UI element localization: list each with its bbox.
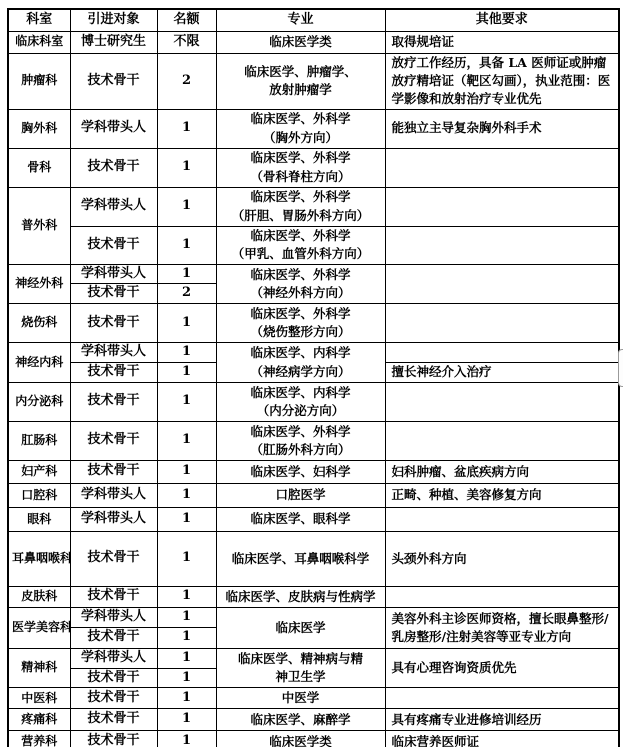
cell-target: 技术骨干	[70, 284, 157, 304]
cell-target: 技术骨干	[70, 709, 157, 731]
cell-major: 临床医学、耳鼻咽喉科学	[216, 531, 385, 586]
cell-req: 妇科肿瘤、盆底疾病方向	[385, 460, 619, 483]
cell-target: 学科带头人	[70, 343, 157, 363]
cell-quota: 1	[157, 304, 216, 343]
cell-major: 临床医学、外科学 （骨科脊柱方向）	[216, 148, 385, 187]
cell-quota: 1	[157, 343, 216, 363]
table-row: 中医科 技术骨干 1 中医学	[8, 688, 619, 709]
cell-dept: 妇产科	[8, 460, 70, 483]
cell-dept: 神经内科	[8, 343, 70, 383]
recruitment-table: 科室 引进对象 名额 专业 其他要求 临床科室 博士研究生 不限 临床医学类 取…	[7, 8, 620, 747]
table-row: 内分泌科 技术骨干 1 临床医学、内科学 （内分泌方向）	[8, 382, 619, 421]
table-row: 临床科室 博士研究生 不限 临床医学类 取得规培证	[8, 31, 619, 53]
cell-dept: 营养科	[8, 731, 70, 747]
cell-quota: 1	[157, 531, 216, 586]
cell-req	[385, 688, 619, 709]
cell-major: 临床医学、外科学 （肝胆、胃肠外科方向）	[216, 187, 385, 226]
cell-major: 临床医学、皮肤病与性病学	[216, 586, 385, 607]
table-row: 精神科 学科带头人 1 临床医学、精神病与精 神卫生学 具有心理咨询资质优先	[8, 648, 619, 668]
cell-target: 学科带头人	[70, 648, 157, 668]
column-header-target: 引进对象	[70, 9, 157, 31]
table-row: 医学美容科 学科带头人 1 临床医学 美容外科主诊医师资格，擅长眼鼻整形/乳房整…	[8, 607, 619, 627]
cell-target: 技术骨干	[70, 363, 157, 383]
cell-req: 具有心理咨询资质优先	[385, 648, 619, 688]
cell-quota: 1	[157, 709, 216, 731]
cell-req	[385, 148, 619, 187]
cell-dept: 普外科	[8, 187, 70, 264]
table-row: 技术骨干 1 临床医学、外科学 （甲乳、血管外科方向）	[8, 226, 619, 264]
cell-req	[385, 507, 619, 531]
cell-dept: 骨科	[8, 148, 70, 187]
cell-major: 临床医学、外科学 （胸外方向）	[216, 109, 385, 148]
cell-req	[385, 343, 619, 363]
cell-req: 放疗工作经历，具备 LA 医师证或肿瘤放疗精培证（靶区勾画），执业范围：医学影像…	[385, 53, 619, 109]
document-page: 科室 引进对象 名额 专业 其他要求 临床科室 博士研究生 不限 临床医学类 取…	[0, 0, 623, 747]
cell-req	[385, 421, 619, 460]
cell-req	[385, 586, 619, 607]
cell-req	[385, 264, 619, 304]
cell-req: 擅长神经介入治疗	[385, 363, 619, 383]
cell-dept: 烧伤科	[8, 304, 70, 343]
cell-dept: 耳鼻咽喉科	[8, 531, 70, 586]
cell-target: 技术骨干	[70, 421, 157, 460]
cell-major: 临床医学、外科学 （神经外科方向）	[216, 264, 385, 304]
cell-major: 临床医学、内科学 （神经病学方向）	[216, 343, 385, 383]
cell-quota: 1	[157, 460, 216, 483]
cell-dept: 口腔科	[8, 483, 70, 507]
table-row: 烧伤科 技术骨干 1 临床医学、外科学 （烧伤整形方向）	[8, 304, 619, 343]
cell-major: 临床医学、外科学 （肛肠外科方向）	[216, 421, 385, 460]
cell-quota: 1	[157, 109, 216, 148]
cell-quota: 1	[157, 648, 216, 668]
cell-target: 技术骨干	[70, 53, 157, 109]
cell-quota: 1	[157, 264, 216, 284]
column-header-quota: 名额	[157, 9, 216, 31]
cell-dept: 肿瘤科	[8, 53, 70, 109]
cell-quota: 1	[157, 688, 216, 709]
cell-target: 学科带头人	[70, 187, 157, 226]
cell-target: 学科带头人	[70, 109, 157, 148]
cell-target: 学科带头人	[70, 264, 157, 284]
cell-dept: 神经外科	[8, 264, 70, 304]
cell-dept: 临床科室	[8, 31, 70, 53]
cell-quota: 2	[157, 284, 216, 304]
cell-major: 临床医学类	[216, 31, 385, 53]
cell-quota: 1	[157, 187, 216, 226]
cell-quota: 1	[157, 483, 216, 507]
cell-target: 技术骨干	[70, 586, 157, 607]
table-row: 肿瘤科 技术骨干 2 临床医学、肿瘤学、 放射肿瘤学 放疗工作经历，具备 LA …	[8, 53, 619, 109]
cell-major: 临床医学、精神病与精 神卫生学	[216, 648, 385, 688]
cell-quota: 1	[157, 668, 216, 688]
cell-major: 临床医学、肿瘤学、 放射肿瘤学	[216, 53, 385, 109]
cell-major: 临床医学、眼科学	[216, 507, 385, 531]
cell-req: 能独立主导复杂胸外科手术	[385, 109, 619, 148]
column-header-req: 其他要求	[385, 9, 619, 31]
cell-req: 头颈外科方向	[385, 531, 619, 586]
cell-quota: 1	[157, 363, 216, 383]
cell-req: 临床营养医师证	[385, 731, 619, 747]
cell-target: 技术骨干	[70, 382, 157, 421]
scrollbar-thumb[interactable]	[618, 349, 623, 387]
cell-req: 具有疼痛专业进修培训经历	[385, 709, 619, 731]
cell-dept: 精神科	[8, 648, 70, 688]
cell-target: 技术骨干	[70, 627, 157, 648]
cell-dept: 医学美容科	[8, 607, 70, 648]
cell-target: 技术骨干	[70, 531, 157, 586]
header-row: 科室 引进对象 名额 专业 其他要求	[8, 9, 619, 31]
cell-quota: 1	[157, 607, 216, 627]
table-row: 肛肠科 技术骨干 1 临床医学、外科学 （肛肠外科方向）	[8, 421, 619, 460]
cell-dept: 疼痛科	[8, 709, 70, 731]
cell-target: 技术骨干	[70, 731, 157, 747]
table-row: 疼痛科 技术骨干 1 临床医学、麻醉学 具有疼痛专业进修培训经历	[8, 709, 619, 731]
table-row: 胸外科 学科带头人 1 临床医学、外科学 （胸外方向） 能独立主导复杂胸外科手术	[8, 109, 619, 148]
cell-quota: 1	[157, 586, 216, 607]
cell-quota: 1	[157, 507, 216, 531]
cell-req: 正畸、种植、美容修复方向	[385, 483, 619, 507]
cell-major: 临床医学、外科学 （烧伤整形方向）	[216, 304, 385, 343]
cell-quota: 1	[157, 421, 216, 460]
cell-req	[385, 382, 619, 421]
cell-major: 临床医学	[216, 607, 385, 648]
cell-req	[385, 226, 619, 264]
table-row: 神经外科 学科带头人 1 临床医学、外科学 （神经外科方向）	[8, 264, 619, 284]
cell-quota: 1	[157, 148, 216, 187]
cell-target: 学科带头人	[70, 607, 157, 627]
cell-major: 临床医学、妇科学	[216, 460, 385, 483]
cell-req: 美容外科主诊医师资格，擅长眼鼻整形/乳房整形/注射美容等亚专业方向	[385, 607, 619, 648]
cell-target: 技术骨干	[70, 688, 157, 709]
cell-quota: 1	[157, 382, 216, 421]
cell-quota: 不限	[157, 31, 216, 53]
cell-dept: 肛肠科	[8, 421, 70, 460]
cell-major: 临床医学、外科学 （甲乳、血管外科方向）	[216, 226, 385, 264]
table-row: 口腔科 学科带头人 1 口腔医学 正畸、种植、美容修复方向	[8, 483, 619, 507]
cell-target: 学科带头人	[70, 507, 157, 531]
cell-req	[385, 304, 619, 343]
cell-major: 临床医学、内科学 （内分泌方向）	[216, 382, 385, 421]
cell-target: 技术骨干	[70, 668, 157, 688]
cell-major: 临床医学类	[216, 731, 385, 747]
cell-req	[385, 187, 619, 226]
cell-target: 技术骨干	[70, 460, 157, 483]
table-row: 妇产科 技术骨干 1 临床医学、妇科学 妇科肿瘤、盆底疾病方向	[8, 460, 619, 483]
cell-quota: 1	[157, 627, 216, 648]
cell-target: 博士研究生	[70, 31, 157, 53]
column-header-dept: 科室	[8, 9, 70, 31]
cell-dept: 胸外科	[8, 109, 70, 148]
cell-dept: 中医科	[8, 688, 70, 709]
cell-quota: 2	[157, 53, 216, 109]
table-row: 骨科 技术骨干 1 临床医学、外科学 （骨科脊柱方向）	[8, 148, 619, 187]
cell-dept: 皮肤科	[8, 586, 70, 607]
cell-major: 口腔医学	[216, 483, 385, 507]
cell-major: 临床医学、麻醉学	[216, 709, 385, 731]
cell-target: 技术骨干	[70, 304, 157, 343]
cell-target: 学科带头人	[70, 483, 157, 507]
table-row: 普外科 学科带头人 1 临床医学、外科学 （肝胆、胃肠外科方向）	[8, 187, 619, 226]
table-row: 眼科 学科带头人 1 临床医学、眼科学	[8, 507, 619, 531]
cell-target: 技术骨干	[70, 148, 157, 187]
table-row: 耳鼻咽喉科 技术骨干 1 临床医学、耳鼻咽喉科学 头颈外科方向	[8, 531, 619, 586]
table-row: 神经内科 学科带头人 1 临床医学、内科学 （神经病学方向）	[8, 343, 619, 363]
cell-quota: 1	[157, 731, 216, 747]
cell-target: 技术骨干	[70, 226, 157, 264]
column-header-major: 专业	[216, 9, 385, 31]
table-row: 皮肤科 技术骨干 1 临床医学、皮肤病与性病学	[8, 586, 619, 607]
cell-dept: 眼科	[8, 507, 70, 531]
cell-major: 中医学	[216, 688, 385, 709]
cell-req: 取得规培证	[385, 31, 619, 53]
cell-dept: 内分泌科	[8, 382, 70, 421]
table-row: 营养科 技术骨干 1 临床医学类 临床营养医师证	[8, 731, 619, 747]
cell-quota: 1	[157, 226, 216, 264]
